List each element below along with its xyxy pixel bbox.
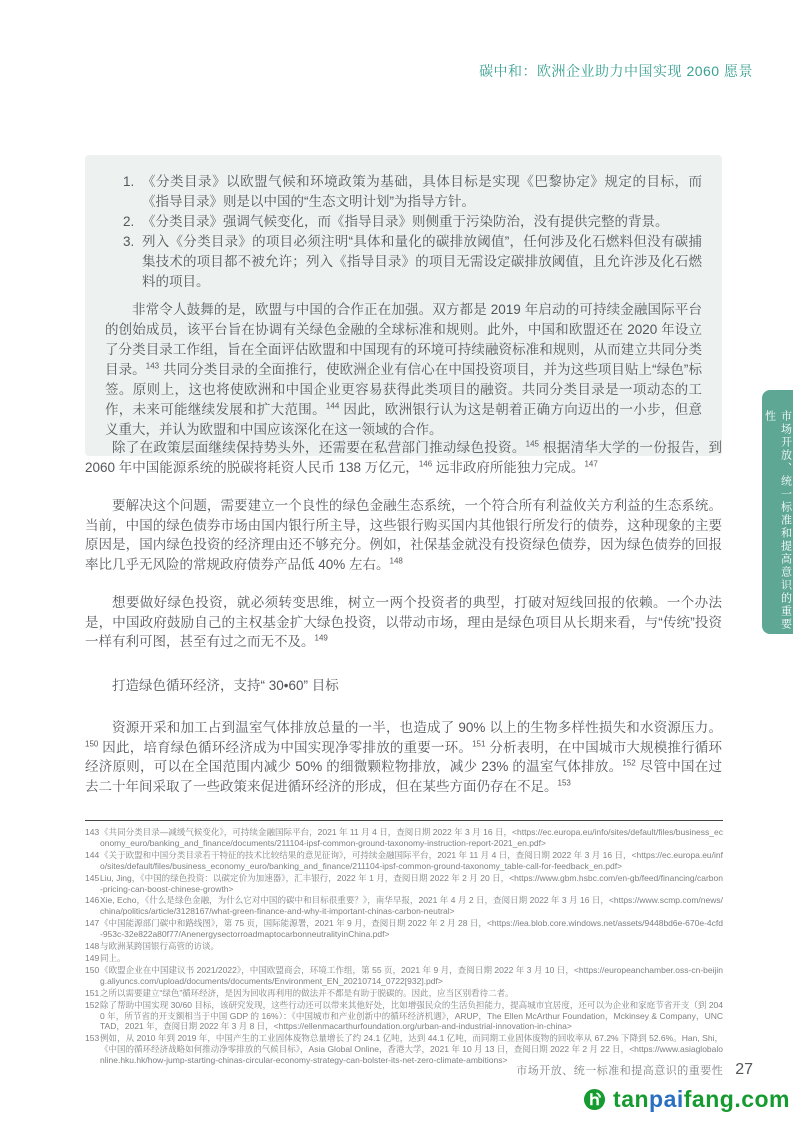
callout-paragraph: 非常令人鼓舞的是，欧盟与中国的合作正在加强。双方都是 2019 年启动的可持续金… — [105, 300, 702, 440]
footnote-text: 之所以需要建立“绿色”循环经济，是因为回收再利用的做法并不都是有助于脱碳的。因此… — [100, 988, 514, 998]
footnote: 144《关于欧盟和中国分类目录若干特征的技术比较结果的意见征询》，可持续金融国际… — [85, 850, 723, 872]
footnote-number: 152 — [85, 1000, 99, 1011]
footnote-number: 148 — [85, 941, 99, 952]
callout-list-item: 3.列入《分类目录》的项目必须注明“具体和量化的碳排放阈值”，任何涉及化石燃料但… — [105, 232, 702, 292]
footnote-ref[interactable]: 150 — [85, 739, 98, 748]
logo-text-fang-com: fang.com — [684, 1086, 790, 1112]
footnote-ref[interactable]: 146 — [419, 459, 432, 468]
list-item-text: 列入《分类目录》的项目必须注明“具体和量化的碳排放阈值”，任何涉及化石燃料但没有… — [142, 234, 702, 289]
footnote: 145Liu, Jing，《中国的绿色投资：以碳定价为加速器》，汇丰银行，202… — [85, 873, 723, 895]
footnote-text: Xie, Echo，《什么是绿色金融，为什么它对中国的碳中和目标很重要？》，南华… — [100, 895, 723, 916]
section-subheading: 打造绿色循环经济，支持“ 30•60” 目标 — [85, 676, 722, 696]
document-page: 碳中和：欧洲企业助力中国实现 2060 愿景 1.《分类目录》以欧盟气候和环境政… — [0, 0, 793, 1122]
callout-list-item: 2.《分类目录》强调气候变化，而《指导目录》则侧重于污染防治，没有提供完整的背景… — [105, 212, 702, 232]
footnote: 151之所以需要建立“绿色”循环经济，是因为回收再利用的做法并不都是有助于脱碳的… — [85, 988, 723, 999]
callout-box: 1.《分类目录》以欧盟气候和环境政策为基础，具体目标是实现《巴黎协定》规定的目标… — [85, 155, 722, 456]
tanpaifang-logo-icon — [583, 1088, 606, 1111]
list-item-text: 《分类目录》强调气候变化，而《指导目录》则侧重于污染防治，没有提供完整的背景。 — [142, 214, 669, 229]
footnote-number: 149 — [85, 953, 99, 964]
footnote-text: Liu, Jing，《中国的绿色投资：以碳定价为加速器》，汇丰银行，2022 年… — [100, 873, 723, 894]
footnote-ref[interactable]: 151 — [472, 739, 485, 748]
footnote-text: 除了帮助中国实现 30/60 目标，该研究发现，这些行动还可以带来其他好处，比如… — [100, 1000, 723, 1032]
footnote: 147《中国能源部门碳中和路线图》，第 75 页，国际能源署，2021 年 9 … — [85, 918, 723, 940]
tanpaifang-logo: tanpaifang.com — [583, 1086, 790, 1113]
footnote-ref[interactable]: 152 — [622, 759, 635, 768]
footnote-number: 153 — [85, 1033, 99, 1044]
footnote-ref[interactable]: 148 — [390, 556, 403, 565]
footnote-number: 146 — [85, 895, 99, 906]
logo-text-tan: tan — [613, 1086, 649, 1112]
body-paragraph: 要解决这个问题，需要建立一个良性的绿色金融生态系统，一个符合所有利益攸关方利益的… — [85, 496, 722, 574]
footnote: 149同上。 — [85, 953, 723, 964]
footnote-ref[interactable]: 143 — [146, 362, 159, 371]
body-paragraph: 想要做好绿色投资，就必须转变思维，树立一两个投资者的典型，打破对短线回报的依赖。… — [85, 593, 722, 652]
section-side-tab[interactable]: 市场开放、统一标准和提高意识的重要性 — [762, 390, 793, 634]
footnote-text: 同上。 — [100, 953, 126, 963]
list-marker: 2. — [123, 212, 134, 232]
footnote: 146Xie, Echo，《什么是绿色金融，为什么它对中国的碳中和目标很重要？》… — [85, 895, 723, 917]
body-paragraph: 资源开采和加工占到温室气体排放总量的一半，也造成了 90% 以上的生物多样性损失… — [85, 718, 722, 796]
logo-text-pai: pai — [649, 1086, 684, 1112]
footnote-text: 《共同分类目录—减缓气候变化》，可持续金融国际平台，2021 年 11 月 4 … — [100, 827, 723, 848]
callout-list: 1.《分类目录》以欧盟气候和环境政策为基础，具体目标是实现《巴黎协定》规定的目标… — [105, 172, 702, 292]
footnote: 150《欧盟企业在中国建议书 2021/2022》，中国欧盟商会，环境工作组，第… — [85, 965, 723, 987]
list-marker: 1. — [123, 172, 134, 192]
footnote-text: 《欧盟企业在中国建议书 2021/2022》，中国欧盟商会，环境工作组，第 55… — [100, 965, 723, 986]
footnote-ref[interactable]: 149 — [315, 634, 328, 643]
footnote-ref[interactable]: 144 — [326, 402, 339, 411]
body-content: 除了在政策层面继续保持势头外，还需要在私营部门推动绿色投资。145 根据清华大学… — [85, 438, 722, 818]
footnote-number: 147 — [85, 918, 99, 929]
footnote-ref[interactable]: 147 — [584, 459, 597, 468]
footnote-separator — [85, 820, 723, 821]
footnote: 152除了帮助中国实现 30/60 目标，该研究发现，这些行动还可以带来其他好处… — [85, 1000, 723, 1033]
footnote-number: 151 — [85, 988, 99, 999]
page-number: 27 — [735, 1061, 753, 1078]
body-paragraph: 除了在政策层面继续保持势头外，还需要在私营部门推动绿色投资。145 根据清华大学… — [85, 438, 722, 477]
footnote-number: 150 — [85, 965, 99, 976]
footnote-ref[interactable]: 153 — [558, 778, 571, 787]
list-marker: 3. — [123, 232, 134, 252]
page-footer: 市场开放、统一标准和提高意识的重要性27 — [516, 1061, 753, 1079]
footnote-text: 《中国能源部门碳中和路线图》，第 75 页，国际能源署，2021 年 9 月，查… — [100, 918, 723, 939]
footnote-number: 144 — [85, 850, 99, 861]
footnote: 148与欧洲某跨国银行高管的访谈。 — [85, 941, 723, 952]
side-tab-label: 市场开放、统一标准和提高意识的重要性 — [762, 410, 793, 634]
footer-section-title: 市场开放、统一标准和提高意识的重要性 — [516, 1065, 723, 1077]
callout-list-item: 1.《分类目录》以欧盟气候和环境政策为基础，具体目标是实现《巴黎协定》规定的目标… — [105, 172, 702, 212]
footnote: 143《共同分类目录—减缓气候变化》，可持续金融国际平台，2021 年 11 月… — [85, 827, 723, 849]
footnote-ref[interactable]: 145 — [526, 440, 539, 449]
footnote-text: 《关于欧盟和中国分类目录若干特征的技术比较结果的意见征询》，可持续金融国际平台，… — [100, 850, 723, 871]
footnotes-list: 143《共同分类目录—减缓气候变化》，可持续金融国际平台，2021 年 11 月… — [85, 827, 723, 1067]
tanpaifang-logo-text: tanpaifang.com — [613, 1086, 790, 1113]
footnote-number: 143 — [85, 827, 99, 838]
page-header-title: 碳中和：欧洲企业助力中国实现 2060 愿景 — [479, 61, 753, 81]
footnote-text: 与欧洲某跨国银行高管的访谈。 — [100, 941, 219, 951]
footnote-number: 145 — [85, 873, 99, 884]
list-item-text: 《分类目录》以欧盟气候和环境政策为基础，具体目标是实现《巴黎协定》规定的目标，而… — [142, 174, 702, 209]
